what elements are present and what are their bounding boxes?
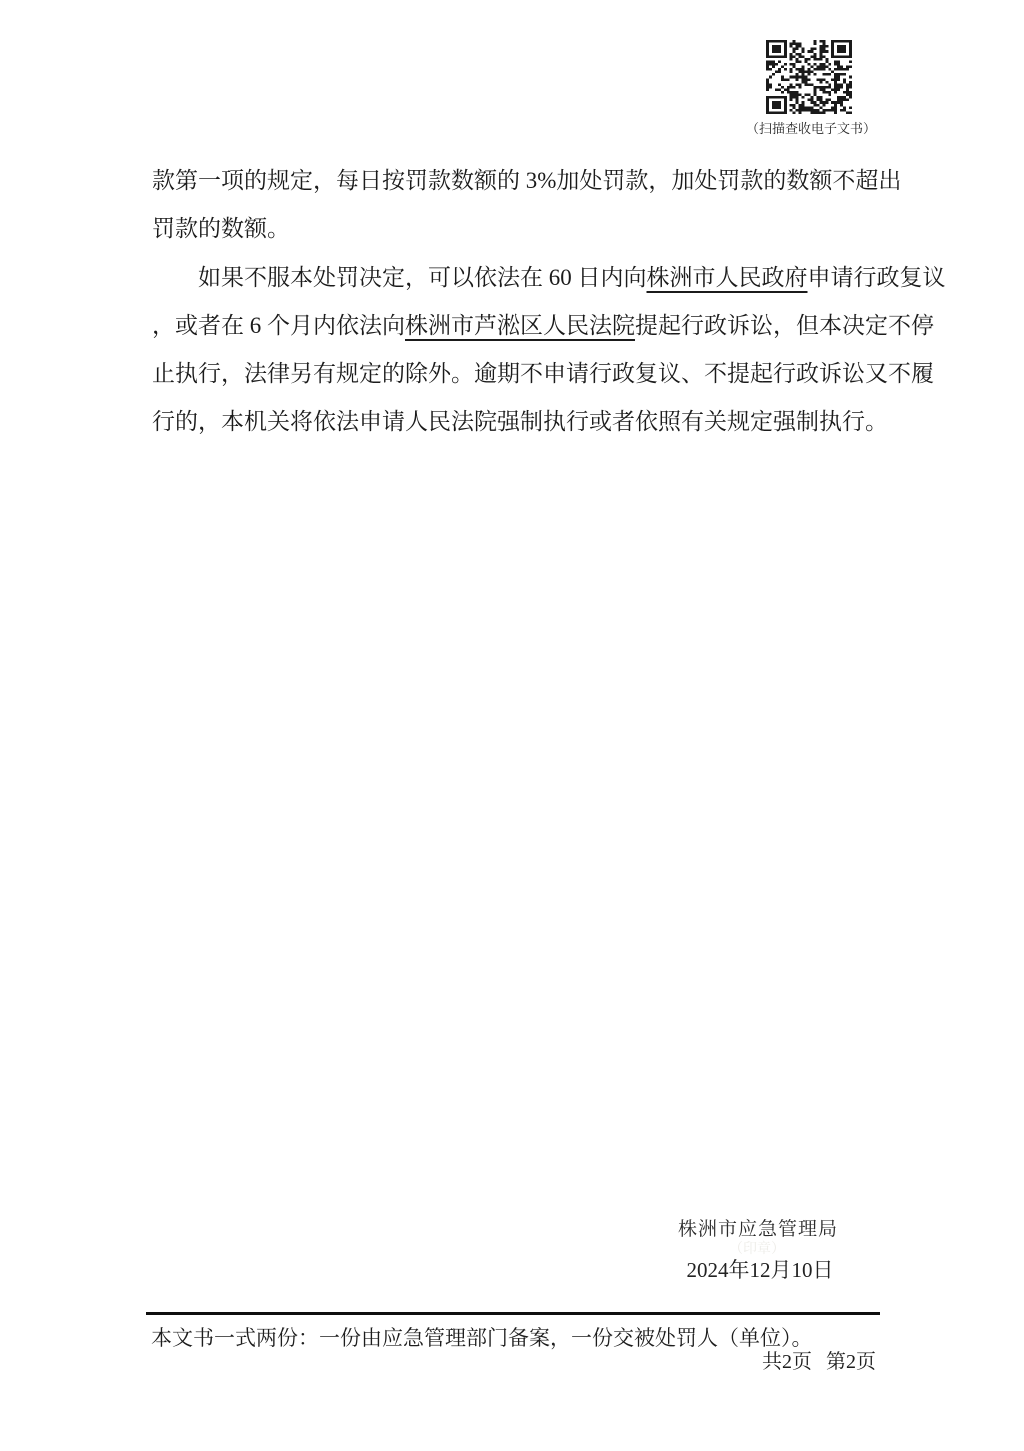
qr-code-icon [766,40,852,114]
body-line-5: 止执行，法律另有规定的除外。逾期不申请行政复议、不提起行政诉讼又不履 [152,350,880,398]
body-line-6: 行的，本机关将依法申请人民法院强制执行或者依照有关规定强制执行。 [152,398,880,446]
issuing-authority: 株洲市应急管理局 [678,1214,834,1241]
document-body: 款第一项的规定，每日按罚款数额的 3%加处罚款，加处罚款的数额不超出 罚款的数额… [152,157,880,447]
page-current-label: 第2页 [826,1351,876,1373]
text-segment: 提起行政诉讼，但本决定不停 [635,313,934,338]
text-segment: 申请行政复议 [808,265,946,290]
qr-code-block: （扫描查收电子文书） [746,40,872,137]
body-line-4: ，或者在 6 个月内依法向株洲市芦淞区人民法院提起行政诉讼，但本决定不停 [152,302,880,350]
footer-divider [146,1312,880,1315]
underlined-review-authority: 株洲市人民政府 [647,265,808,290]
page-total-label: 共2页 [762,1351,812,1373]
page-numbers: 共2页第2页 [762,1345,876,1374]
body-line-2: 罚款的数额。 [152,205,880,253]
underlined-court-name: 株洲市芦淞区人民法院 [405,313,635,338]
issue-date: 2024年12月10日 [680,1254,840,1284]
text-segment: ，或者在 6 个月内依法向 [152,313,405,338]
text-segment: 如果不服本处罚决定，可以依法在 60 日内向 [198,265,647,290]
qr-caption: （扫描查收电子文书） [746,118,872,137]
body-line-1: 款第一项的规定，每日按罚款数额的 3%加处罚款，加处罚款的数额不超出 [152,157,880,205]
body-line-3: 如果不服本处罚决定，可以依法在 60 日内向株洲市人民政府申请行政复议 [152,254,880,302]
document-page: （扫描查收电子文书） 款第一项的规定，每日按罚款数额的 3%加处罚款，加处罚款的… [0,0,1024,1451]
